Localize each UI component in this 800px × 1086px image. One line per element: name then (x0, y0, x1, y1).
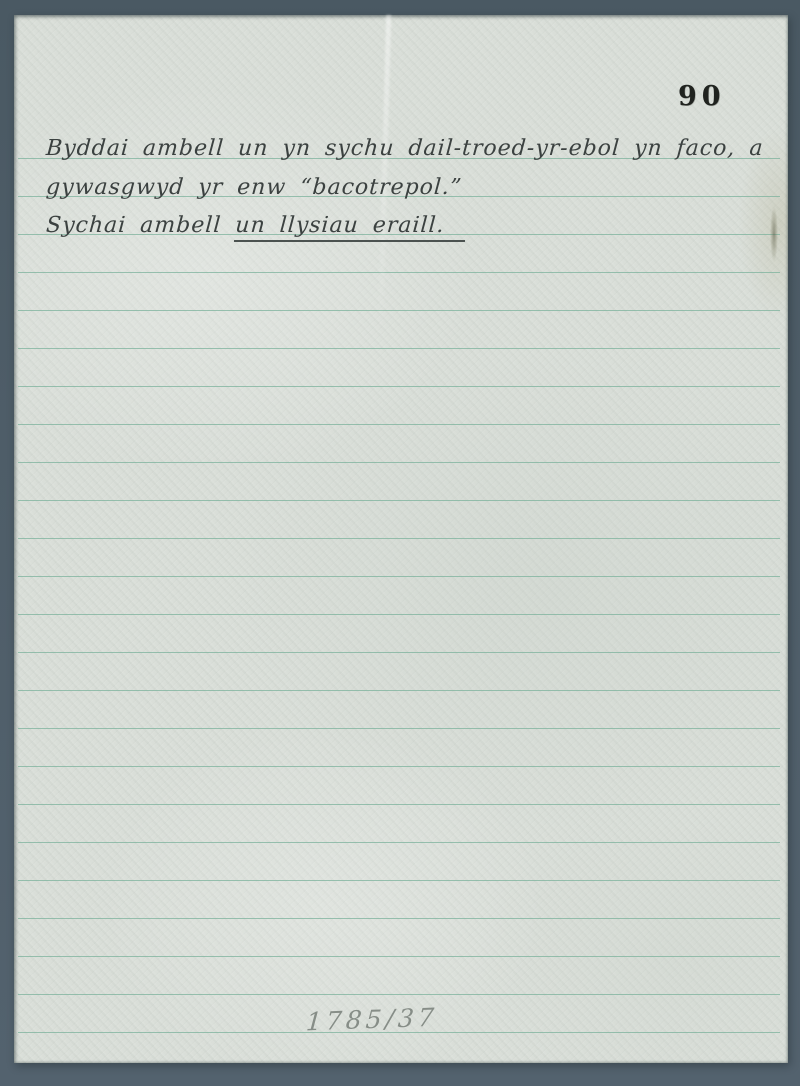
handwriting-line-3-start: Sychai ambell (45, 213, 236, 238)
archive-reference-number: 1785/37 (305, 1003, 439, 1037)
handwriting-line-1: Byddai ambell un yn sychu dail-troed-yr-… (45, 134, 767, 164)
handwriting-line-3: Sychai ambell un llysiau eraill. (45, 211, 767, 241)
handwriting-line-3-underlined: un llysiau eraill. (234, 213, 467, 242)
ruled-lines (18, 158, 780, 1036)
scan-photo-background: 90 Byddai ambell un yn sychu dail-troed-… (0, 0, 800, 1086)
page-number-stamp: 90 (678, 81, 726, 112)
edge-smudge (770, 205, 778, 263)
handwriting-line-2: gywasgwyd yr enw “bacotrepol.” (45, 173, 767, 203)
notebook-page: 90 Byddai ambell un yn sychu dail-troed-… (14, 15, 788, 1063)
